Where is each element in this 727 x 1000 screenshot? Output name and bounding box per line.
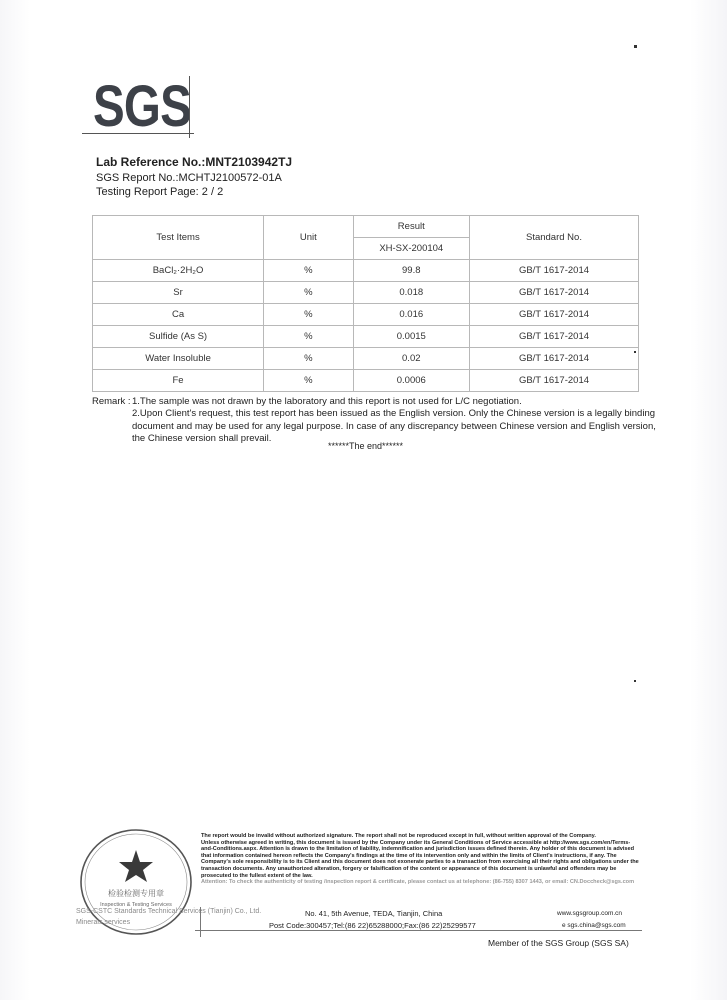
header-unit: Unit bbox=[264, 216, 353, 260]
lab-reference: Lab Reference No.:MNT2103942TJ bbox=[96, 155, 292, 169]
cell-result: 0.0015 bbox=[353, 326, 469, 348]
cell-unit: % bbox=[264, 282, 353, 304]
scan-speck bbox=[634, 45, 637, 48]
cell-test-item: Sulfide (As S) bbox=[93, 326, 264, 348]
report-number: SGS Report No.:MCHTJ2100572-01A bbox=[96, 172, 282, 184]
table-row: Ca%0.016GB/T 1617-2014 bbox=[93, 304, 639, 326]
disclaimer-conditions: Unless otherwise agreed in writing, this… bbox=[201, 840, 641, 880]
footer-contact: Post Code:300457;Tel:(86 22)65288000;Fax… bbox=[269, 921, 476, 930]
header-test-items: Test Items bbox=[93, 216, 264, 260]
cell-result: 0.016 bbox=[353, 304, 469, 326]
table-row: Sulfide (As S)%0.0015GB/T 1617-2014 bbox=[93, 326, 639, 348]
cell-test-item: Ca bbox=[93, 304, 264, 326]
header-sample-id: XH-SX-200104 bbox=[353, 238, 469, 260]
cell-test-item: BaCl₂·2H₂O bbox=[93, 260, 264, 282]
footer-email[interactable]: e sgs.china@sgs.com bbox=[562, 922, 626, 929]
footer-address: No. 41, 5th Avenue, TEDA, Tianjin, China bbox=[305, 909, 442, 918]
star-icon bbox=[119, 850, 153, 882]
logo-divider-horizontal bbox=[82, 133, 194, 134]
disclaimer-signature: The report would be invalid without auth… bbox=[201, 833, 641, 840]
remark-item-2: 2.Upon Client's request, this test repor… bbox=[132, 408, 662, 445]
logo-divider-vertical bbox=[189, 76, 190, 138]
cell-result: 0.0006 bbox=[353, 370, 469, 392]
footer-divider-horizontal bbox=[195, 930, 642, 931]
footer-member: Member of the SGS Group (SGS SA) bbox=[488, 938, 629, 948]
footer-divider-vertical bbox=[200, 907, 201, 937]
cell-standard: GB/T 1617-2014 bbox=[469, 304, 638, 326]
cell-test-item: Sr bbox=[93, 282, 264, 304]
cell-standard: GB/T 1617-2014 bbox=[469, 348, 638, 370]
footer-disclaimer: The report would be invalid without auth… bbox=[201, 833, 641, 886]
cell-unit: % bbox=[264, 304, 353, 326]
cell-test-item: Water Insoluble bbox=[93, 348, 264, 370]
svg-text:检验检测专用章: 检验检测专用章 bbox=[108, 888, 164, 898]
end-marker: ******The end****** bbox=[328, 441, 403, 451]
authenticity-notice: Attention: To check the authenticity of … bbox=[201, 879, 641, 886]
remark-item-1: 1.The sample was not drawn by the labora… bbox=[132, 396, 662, 408]
cell-standard: GB/T 1617-2014 bbox=[469, 370, 638, 392]
header-result: Result bbox=[353, 216, 469, 238]
header-standard: Standard No. bbox=[469, 216, 638, 260]
cell-standard: GB/T 1617-2014 bbox=[469, 260, 638, 282]
cell-test-item: Fe bbox=[93, 370, 264, 392]
table-row: Water Insoluble%0.02GB/T 1617-2014 bbox=[93, 348, 639, 370]
page-info: Testing Report Page: 2 / 2 bbox=[96, 186, 223, 198]
report-page: SGS Lab Reference No.:MNT2103942TJ SGS R… bbox=[0, 0, 727, 1000]
table-row: Fe%0.0006GB/T 1617-2014 bbox=[93, 370, 639, 392]
sgs-logo: SGS bbox=[93, 78, 191, 136]
stamp-company-text: SGS-CSTC Standards Technical Services (T… bbox=[76, 906, 261, 928]
table-row: BaCl₂·2H₂O%99.8GB/T 1617-2014 bbox=[93, 260, 639, 282]
cell-result: 0.02 bbox=[353, 348, 469, 370]
cell-standard: GB/T 1617-2014 bbox=[469, 326, 638, 348]
scan-speck bbox=[634, 680, 636, 682]
footer-website[interactable]: www.sgsgroup.com.cn bbox=[557, 910, 622, 917]
remark-label: Remark : bbox=[92, 396, 131, 408]
cell-unit: % bbox=[264, 326, 353, 348]
cell-standard: GB/T 1617-2014 bbox=[469, 282, 638, 304]
cell-unit: % bbox=[264, 260, 353, 282]
table-row: Sr%0.018GB/T 1617-2014 bbox=[93, 282, 639, 304]
cell-unit: % bbox=[264, 370, 353, 392]
results-table: Test Items Unit Result Standard No. XH-S… bbox=[92, 215, 639, 392]
cell-result: 99.8 bbox=[353, 260, 469, 282]
cell-unit: % bbox=[264, 348, 353, 370]
cell-result: 0.018 bbox=[353, 282, 469, 304]
